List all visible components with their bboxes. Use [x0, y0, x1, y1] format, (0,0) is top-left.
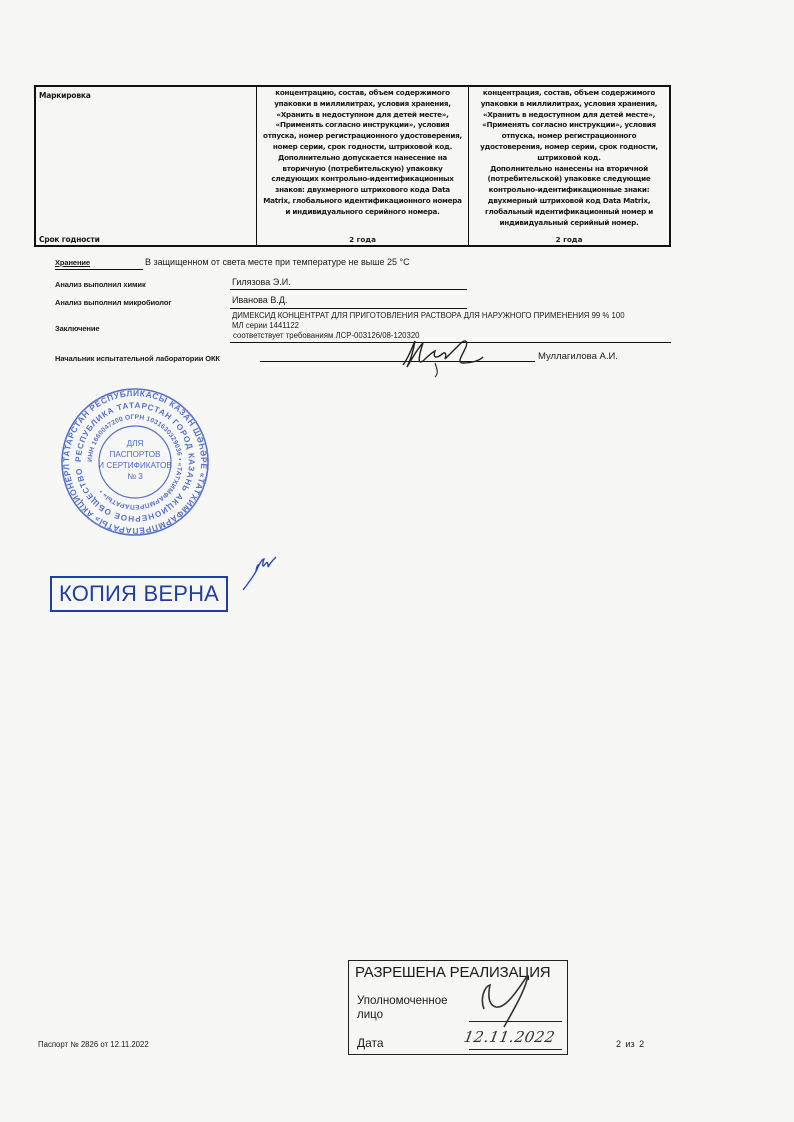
passport-number: Паспорт № 2826 от 12.11.2022: [38, 1040, 149, 1049]
svg-text:ПАСПОРТОВ: ПАСПОРТОВ: [110, 450, 161, 459]
svg-text:№ 3: № 3: [127, 472, 143, 481]
lab-head-signature: [395, 335, 490, 380]
conclusion-label: Заключение: [55, 324, 99, 333]
marking-requirement-text: концентрацию, состав, объем содержимого …: [261, 88, 464, 218]
svg-text:И СЕРТИФИКАТОВ: И СЕРТИФИКАТОВ: [98, 461, 172, 470]
microbiologist-name: Иванова В.Д.: [232, 295, 287, 305]
lab-head-name: Муллагилова А.И.: [538, 351, 618, 362]
storage-label-underline: [55, 269, 143, 270]
table-result-column: концентрация, состав, объем содержимого …: [469, 87, 669, 245]
release-approval-stamp: РАЗРЕШЕНА РЕАЛИЗАЦИЯ Уполномоченное лицо…: [348, 960, 568, 1055]
release-date-handwritten: 12.11.2022: [462, 1028, 556, 1046]
shelf-life-label: Срок годности: [39, 235, 100, 244]
chemist-name: Гилязова Э.И.: [232, 277, 291, 287]
table-requirement-column: концентрацию, состав, объем содержимого …: [257, 87, 469, 245]
round-company-stamp: ТАТАРСТАН РЕСПУБЛИКАСЫ КАЗАН ШӘҺӘРЕ «ТАТ…: [60, 387, 210, 537]
microbiologist-label: Анализ выполнил микробиолог: [55, 298, 171, 307]
storage-label: Хранение: [55, 258, 90, 267]
shelf-life-result: 2 года: [469, 235, 669, 244]
marking-result-text: концентрация, состав, объем содержимого …: [473, 88, 665, 228]
storage-value: В защищенном от света месте при температ…: [145, 257, 410, 267]
chemist-label: Анализ выполнил химик: [55, 280, 146, 289]
copy-initials-signature: [240, 553, 282, 593]
date-line: [469, 1049, 562, 1050]
specification-table: Маркировка Срок годности концентрацию, с…: [34, 85, 671, 247]
microbiologist-underline: [230, 308, 467, 309]
copy-certified-stamp: КОПИЯ ВЕРНА: [50, 576, 228, 612]
svg-text:ДЛЯ: ДЛЯ: [127, 439, 144, 448]
shelf-life-requirement: 2 года: [257, 235, 468, 244]
chemist-underline: [230, 289, 467, 290]
lab-head-label: Начальник испытательной лаборатории ОКК: [55, 354, 220, 363]
date-label: Дата: [357, 1036, 384, 1050]
authorized-person-label: Уполномоченное лицо: [357, 994, 448, 1022]
authorized-signature: [474, 969, 544, 1029]
marking-label: Маркировка: [39, 91, 91, 100]
table-label-column: Маркировка Срок годности: [36, 87, 257, 245]
page-number: 2 из 2: [616, 1039, 644, 1049]
